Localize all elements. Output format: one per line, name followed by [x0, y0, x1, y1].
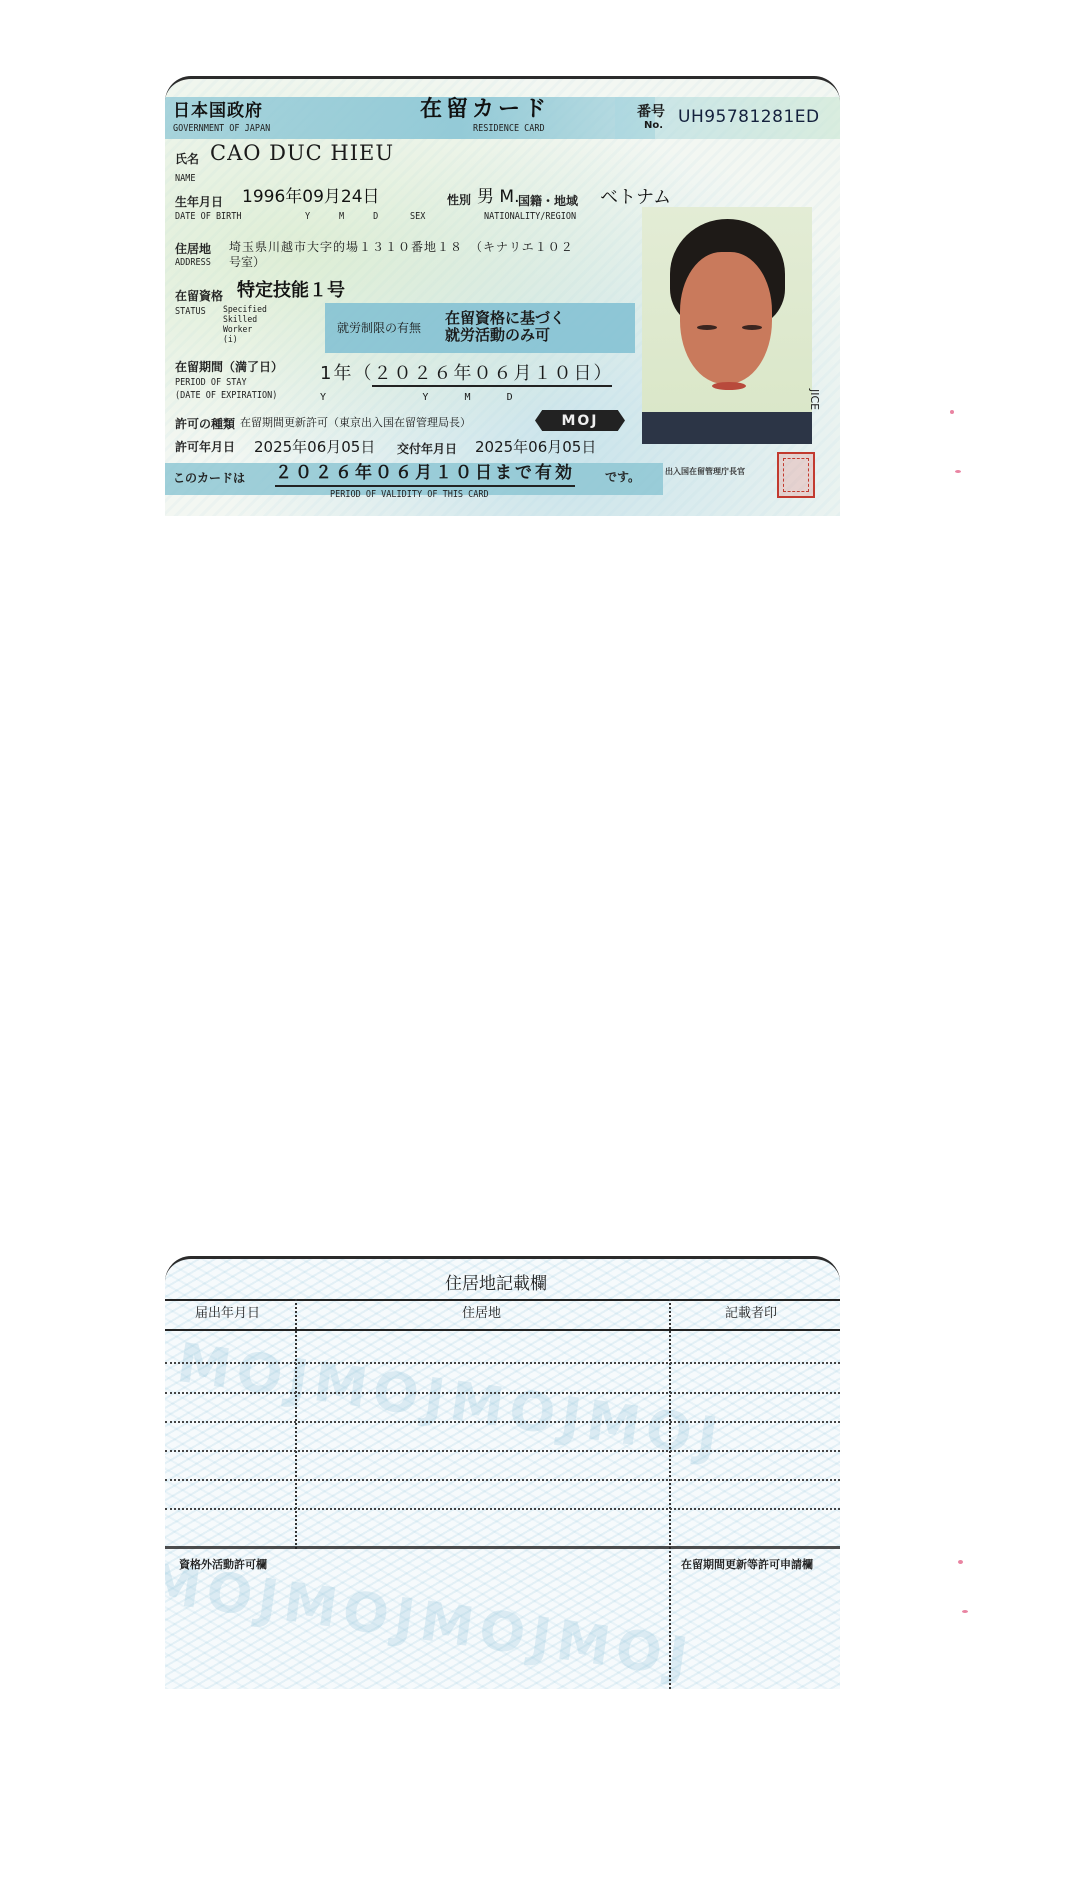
address-line-2: 号室） — [229, 256, 265, 268]
moj-badge: MOJ — [535, 410, 625, 431]
table-row — [165, 1450, 840, 1452]
nationality-label-en: NATIONALITY/REGION — [484, 212, 576, 222]
name-label-en: NAME — [175, 174, 195, 184]
delivery-date: 2025年06月05日 — [475, 440, 596, 455]
column-header-address: 住居地 — [462, 1307, 501, 1320]
validity-label-en: PERIOD OF VALIDITY OF THIS CARD — [330, 490, 489, 500]
renewal-application-label: 在留期間更新等許可申請欄 — [681, 1559, 813, 1570]
photo-eye-left — [697, 325, 717, 330]
issuer-name: 出入国在留管理庁長官 — [665, 468, 745, 476]
residence-card-back: MOJMOJMOJMOJ MOJMOJMOJMOJ 住居地記載欄 届出年月日 住… — [165, 1256, 840, 1689]
permit-date-label: 許可年月日 — [175, 441, 235, 453]
column-header-stamp: 記載者印 — [725, 1307, 777, 1320]
address-label-en: ADDRESS — [175, 258, 211, 268]
validity-label: このカードは — [173, 472, 245, 484]
validity-underline — [275, 485, 575, 487]
number-label: 番号 — [637, 105, 665, 119]
table-top-rule — [165, 1299, 840, 1301]
card-title-en: RESIDENCE CARD — [473, 124, 545, 134]
table-header-rule — [165, 1329, 840, 1331]
watermark: MOJMOJMOJMOJ — [165, 1551, 698, 1689]
holder-name: CAO DUC HIEU — [210, 143, 394, 164]
sex-label-en: SEX — [410, 212, 425, 222]
back-title: 住居地記載欄 — [445, 1276, 547, 1293]
photo-shirt — [642, 412, 812, 444]
sex-label: 性別 — [447, 194, 471, 206]
address-label: 住居地 — [175, 243, 211, 255]
work-restriction-label: 就労制限の有無 — [337, 322, 421, 334]
permission-outside-activity-label: 資格外活動許可欄 — [179, 1559, 267, 1570]
period-label: 在留期間（満了日） — [175, 361, 283, 373]
status-value: 特定技能１号 — [237, 282, 345, 300]
name-label: 氏名 — [175, 153, 199, 165]
official-seal-icon — [777, 452, 815, 498]
address-line-1: 埼玉県川越市大字的場１３１０番地１８ （キナリエ１０２ — [229, 241, 574, 253]
column-divider — [295, 1299, 297, 1549]
photo-side-text: JICE — [809, 389, 820, 410]
status-value-en: Specified Skilled Worker (i) — [223, 305, 267, 345]
table-bottom-rule — [165, 1546, 840, 1549]
work-restriction-value: 在留資格に基づく 就労活動のみ可 — [445, 310, 565, 344]
card-number: UH95781281ED — [678, 109, 820, 126]
number-label-en: No. — [644, 121, 663, 131]
permit-date: 2025年06月05日 — [254, 440, 375, 455]
dob-label: 生年月日 — [175, 196, 223, 208]
nationality-label: 国籍・地域 — [518, 195, 578, 207]
period-ymd-labels: Y Y M D — [320, 393, 513, 403]
table-row — [165, 1392, 840, 1394]
period-label-en: PERIOD OF STAY (DATE OF EXPIRATION) — [175, 376, 277, 402]
column-header-date: 届出年月日 — [195, 1307, 260, 1320]
photo-eye-right — [742, 325, 762, 330]
table-row — [165, 1479, 840, 1481]
status-label: 在留資格 — [175, 290, 223, 302]
permission-type-label: 許可の種類 — [175, 418, 235, 430]
residence-card-front: 日本国政府 GOVERNMENT OF JAPAN 在留カード RESIDENC… — [165, 76, 840, 516]
scan-speck — [950, 410, 954, 414]
validity-date: ２０２６年０６月１０日まで有効 — [275, 465, 575, 482]
table-row — [165, 1362, 840, 1364]
dob-ymd-labels: Y M D — [305, 212, 378, 222]
delivery-date-label: 交付年月日 — [397, 443, 457, 455]
status-label-en: STATUS — [175, 307, 206, 317]
dob-label-en: DATE OF BIRTH — [175, 212, 242, 222]
government-jp: 日本国政府 — [173, 103, 263, 120]
scan-speck — [962, 1610, 968, 1613]
period-underline — [372, 385, 612, 387]
photo-face — [680, 252, 772, 384]
period-of-stay: 1年（２０２６年０６月１０日） — [320, 365, 613, 383]
scan-speck — [955, 470, 961, 473]
permission-type-value: 在留期間更新許可（東京出入国在留管理局長） — [240, 417, 471, 428]
scan-speck — [958, 1560, 963, 1564]
date-of-birth: 1996年09月24日 — [242, 189, 380, 206]
table-row — [165, 1421, 840, 1423]
government-en: GOVERNMENT OF JAPAN — [173, 124, 270, 134]
nationality-value: ベトナム — [600, 189, 671, 207]
sex-value: 男 M. — [477, 189, 519, 206]
table-row — [165, 1508, 840, 1510]
card-title: 在留カード — [420, 99, 550, 121]
column-divider — [669, 1299, 671, 1689]
validity-suffix: です。 — [605, 471, 640, 483]
photo-mouth — [712, 382, 746, 390]
holder-photo — [642, 207, 812, 444]
